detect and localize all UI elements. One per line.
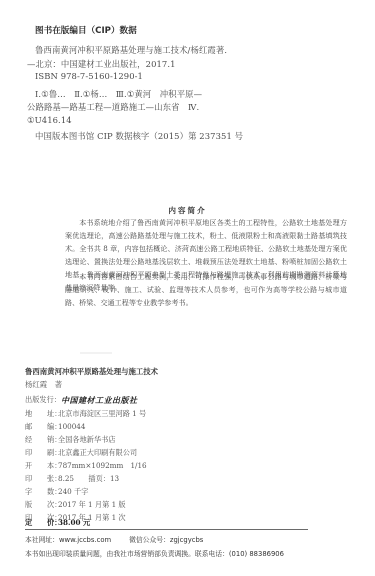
info-label: 印 xyxy=(25,474,47,484)
info-row-distributor: 经销： 全国各地新华书店 xyxy=(25,435,116,445)
info-row-postcode: 邮编： 100044 xyxy=(25,422,85,432)
wechat-account: zgjcgycbs xyxy=(170,536,203,544)
info-row-printer: 印刷： 北京鑫正大印刷有限公司 xyxy=(25,448,137,458)
cip-isbn: ISBN 978-7-5160-1290-1 xyxy=(35,71,143,81)
info-row-address: 地址： 北京市海淀区三里河路 1 号 xyxy=(25,409,146,419)
book-title: 鲁西南黄河冲积平原路基处理与施工技术 xyxy=(25,366,158,377)
cip-title-line: 鲁西南黄河冲积平原路基处理与施工技术/杨红霞著． xyxy=(35,44,233,56)
info-row-format: 开本： 787mm×1092mm 1/16 xyxy=(25,461,147,471)
website-label: 本社网址： xyxy=(25,536,59,544)
info-label-suffix: 发行： xyxy=(39,395,61,404)
info-label: 地 xyxy=(25,409,47,419)
info-label: 开 xyxy=(25,461,47,471)
info-value-printer: 北京鑫正大印刷有限公司 xyxy=(58,448,137,458)
info-value-word-count: 240 千字 xyxy=(58,487,88,497)
info-label: 定 xyxy=(25,518,47,528)
info-label: 经 xyxy=(25,435,47,445)
cip-publisher-line: —北京：中国建材工业出版社，2017.1 xyxy=(27,58,176,70)
info-label: 版 xyxy=(25,500,47,510)
cip-subjects-line-2: 公路路基—路基工程—道路施工—山东省 Ⅳ. xyxy=(27,101,199,113)
info-value-edition: 2017 年 1 月第 1 版 xyxy=(58,500,126,510)
summary-paragraph-2: 本书内容紧密结合工程实例，实用、可操作性强，可供从事公路与城市道路、桥梁与隧道研… xyxy=(65,270,347,309)
info-value-postcode: 100044 xyxy=(58,422,85,432)
info-label: 邮 xyxy=(25,422,47,432)
cip-heading: 图书在版编目（CIP）数据 xyxy=(35,24,137,36)
footer-contact-line: 本社网址：www.jccbs.com微信公众号：zgjcgycbs xyxy=(25,534,203,544)
info-row-edition: 版次： 2017 年 1 月第 1 版 xyxy=(25,500,126,510)
info-row-sheets: 印张： 8.25 插页：13 xyxy=(25,474,119,484)
info-row-word-count: 字数： 240 千字 xyxy=(25,487,88,497)
info-label: 印 xyxy=(25,448,47,458)
publisher-logo: 中国建材工业出版社 xyxy=(61,395,138,406)
footer-quality-notice: 本书如出现印装质量问题，由我社市场营销部负责调换。联系电话：(010) 8838… xyxy=(25,548,284,558)
info-value-price: 38.00 元 xyxy=(58,518,90,528)
info-value-format: 787mm×1092mm 1/16 xyxy=(58,461,147,471)
info-label: 字 xyxy=(25,487,47,497)
info-row-price: 定价： 38.00 元 xyxy=(25,518,90,528)
decorative-mark xyxy=(80,352,112,354)
info-label: 出版 xyxy=(25,395,39,404)
cip-subjects-line-1: Ⅰ.①鲁… Ⅱ.①杨… Ⅲ.①黄河 冲积平原— xyxy=(35,88,202,100)
summary-title: 内容简介 xyxy=(0,205,375,216)
book-author: 杨红霞 著 xyxy=(25,379,62,390)
cip-record-number: 中国版本图书馆 CIP 数据核字（2015）第 237351 号 xyxy=(35,130,243,142)
separator-line xyxy=(25,529,308,530)
info-value-sheets: 8.25 插页：13 xyxy=(58,474,119,484)
wechat-label: 微信公众号： xyxy=(129,536,170,544)
info-row-publisher: 出版发行： 中国建材工业出版社 xyxy=(25,395,137,406)
cip-classification: ①U416.14 xyxy=(27,115,72,125)
info-value-distributor: 全国各地新华书店 xyxy=(58,435,116,445)
info-value-address: 北京市海淀区三里河路 1 号 xyxy=(58,409,146,419)
website-link[interactable]: www.jccbs.com xyxy=(59,536,111,544)
